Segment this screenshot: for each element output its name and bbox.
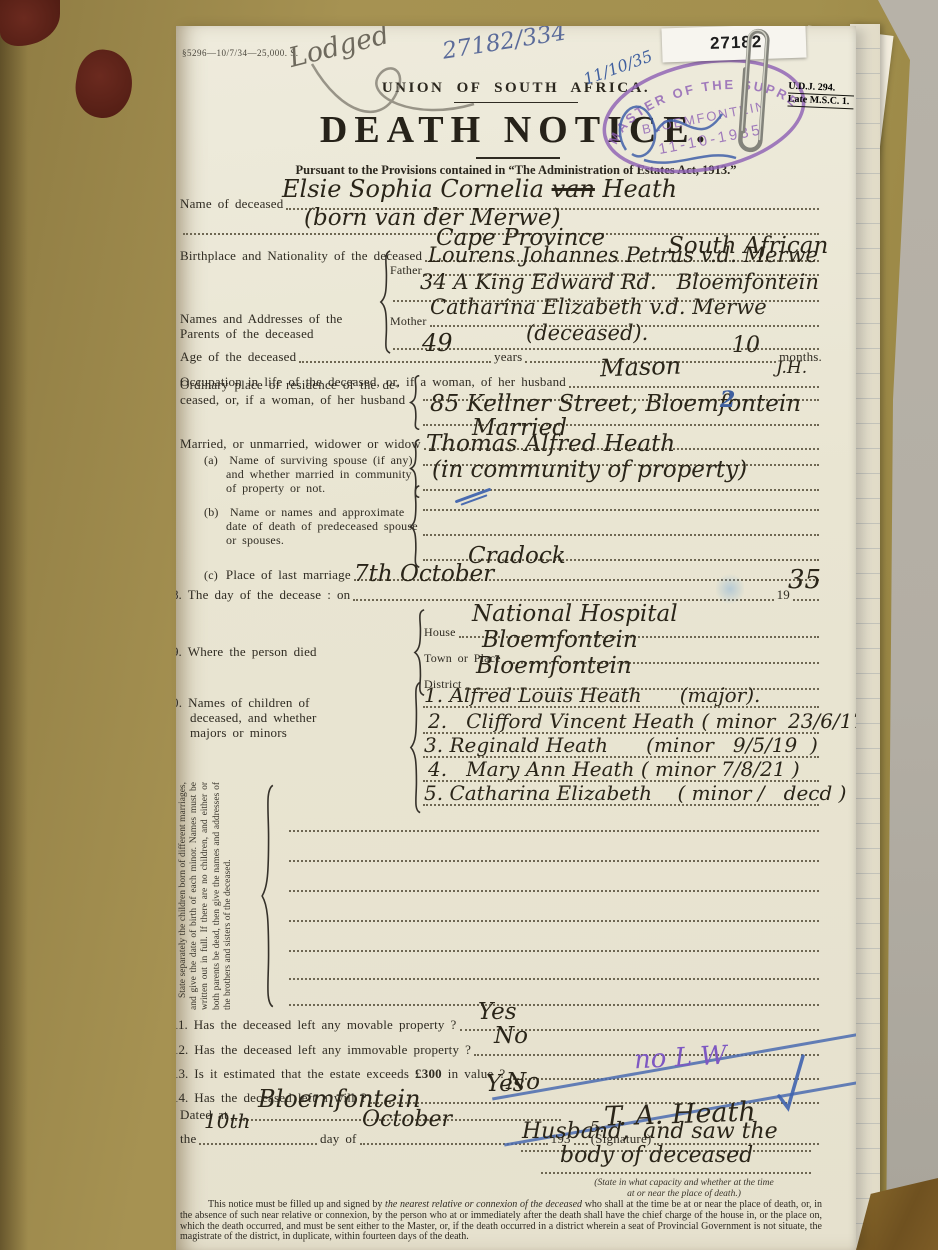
blank-row: [286, 866, 822, 894]
dotted-line: [199, 1140, 317, 1145]
brace: [379, 250, 392, 354]
house-label: House: [424, 626, 456, 640]
father-label: Father: [390, 264, 422, 278]
item-letter: (b): [204, 505, 219, 519]
will-value: Yes: [486, 1074, 525, 1096]
month-value: October: [362, 1110, 452, 1131]
spouse-label-line2: and whether married in community: [204, 468, 404, 482]
reference-block: U.D.J. 294. Late M.S.C. 1.: [787, 81, 854, 110]
field-children-label: 0. Names of children of deceased, and wh…: [176, 696, 396, 741]
field-parents-label: Names and Addresses of the Parents of th…: [180, 312, 343, 342]
dotted-line: [289, 857, 819, 862]
form-print-code: §5296—10/7/34—25,000. S.: [182, 48, 299, 58]
age-label: Age of the deceased: [180, 350, 296, 365]
mother-note-value: (deceased).: [526, 324, 648, 344]
dotted-line: [289, 827, 819, 832]
children-label-line2: deceased, and whether: [176, 711, 396, 726]
children-label-line3: majors or minors: [176, 726, 396, 741]
title-rule: [476, 157, 560, 159]
occupation-value: Mason: [600, 355, 682, 381]
item-number: 8.: [176, 587, 182, 603]
ink-smudge: [716, 572, 744, 606]
dotted-line: [289, 947, 819, 952]
child-value-2: 2. Clifford Vincent Heath ( minor 23/6/1…: [428, 712, 856, 731]
field-name-label: Name of deceased: [180, 197, 283, 212]
footer-italic: the nearest relative or connexion of the…: [385, 1199, 582, 1210]
age-years-value: 49: [422, 332, 453, 355]
field-predeceased-label: (b) Name or names and approximate date o…: [204, 506, 404, 547]
father-address-value: 34 A King Edward Rd. Bloemfontein: [420, 273, 819, 293]
field-residence-label: Ordinary place of residence of the de- c…: [180, 378, 405, 408]
spouse-label-line1: Name of surviving spouse (if any): [229, 453, 412, 467]
dotted-line: [289, 917, 819, 922]
residence-value: 85 Kellner Street, Bloemfontein: [430, 394, 801, 416]
dotted-line: [423, 506, 819, 511]
case-reference-annotation: 27182/334: [441, 26, 568, 63]
predeceased-label-line1: Name or names and approximate: [230, 505, 404, 519]
movable-value: Yes: [478, 1002, 517, 1024]
years-label: years: [494, 350, 522, 365]
movable-label: Has the deceased left any movable proper…: [194, 1018, 457, 1033]
child-value-3: 3. Reginald Heath (minor 9/5/19 ): [424, 736, 818, 755]
blank-row: [286, 954, 822, 982]
footer-part1: This notice must be filled up and signed…: [208, 1199, 385, 1210]
residence-overlay-mark: 2: [720, 390, 735, 411]
predeceased-row2: [420, 512, 822, 538]
book-spine-shadow: [0, 0, 28, 1250]
capacity-value1: Husband, and saw the: [522, 1122, 778, 1143]
marital-label: Married, or unmarried, widower or widow: [180, 437, 421, 452]
footer-instructions: This notice must be filled up and signed…: [180, 1200, 822, 1243]
brace: [260, 783, 275, 1009]
child-value-5: 5. Catharina Elizabeth ( minor / decd ): [424, 784, 846, 803]
pencil-scribble: [302, 54, 482, 134]
item-number: 11.: [176, 1017, 188, 1033]
name-part: Elsie Sophia Cornelia: [282, 175, 552, 203]
house-value: National Hospital: [472, 604, 678, 626]
dotted-line: [793, 596, 819, 601]
where-died-label: Where the person died: [188, 645, 317, 660]
item-letter: (a): [204, 453, 218, 467]
decease-day-label: The day of the decease : on: [188, 588, 351, 603]
blank-row: [286, 806, 822, 834]
day-value: 10th: [204, 1112, 250, 1131]
residence-label-line1: Ordinary place of residence of the de-: [180, 378, 405, 393]
death-notice-page: §5296—10/7/34—25,000. S. Lodged 27182/33…: [176, 26, 856, 1250]
brace: [409, 681, 422, 814]
dotted-line: [541, 1169, 811, 1174]
estate-amount: £300: [415, 1066, 442, 1081]
brace: [409, 375, 421, 430]
predeceased-label-line3: or spouses.: [204, 534, 404, 548]
spouse-label-line3: of property or not.: [204, 482, 404, 496]
spouse-community-value: (in community of property): [432, 460, 747, 482]
the-label: the: [180, 1132, 196, 1147]
blank-row: [286, 896, 822, 924]
side-note-text: State separately the children born of di…: [178, 782, 264, 1010]
town-value: Bloemfontein: [482, 630, 638, 652]
capacity-note-line1: (State in what capacity and whether at t…: [548, 1178, 820, 1189]
predeceased-label-line2: date of death of predeceased spouse: [204, 520, 404, 534]
child-value-1: 1. Alfred Louis Heath (major).: [424, 686, 760, 705]
children-label-line1: Names of children of: [188, 695, 310, 710]
brace: [409, 485, 421, 568]
day-of-label: day of: [320, 1132, 357, 1147]
blank-row: [286, 980, 822, 1008]
father-name-value: Lourens Johannes Petrus v.d. Merwe: [428, 246, 818, 266]
age-months-value: 10: [732, 336, 760, 357]
blank-row: [286, 836, 822, 864]
dotted-line: [423, 531, 819, 536]
mother-name-value: Catharina Elizabeth v.d. Merwe: [430, 298, 767, 318]
district-value: Bloemfontein: [476, 656, 632, 678]
check-mark: [774, 1052, 808, 1114]
item-number: 0.: [176, 695, 182, 710]
capacity-value2: body of deceased: [560, 1146, 753, 1167]
estate-margin-note: no L W: [633, 1044, 727, 1074]
side-note: State separately the children born of di…: [178, 782, 266, 1010]
item-number: 9.: [176, 644, 182, 660]
blank-row: [286, 926, 822, 954]
parents-label-line1: Names and Addresses of the: [180, 312, 343, 327]
dotted-line: [299, 358, 491, 363]
decease-year-value: 35: [788, 568, 821, 593]
field-spouse-label: (a) Name of surviving spouse (if any) an…: [204, 454, 404, 495]
child-value-4: 4. Mary Ann Heath ( minor 7/8/21 ): [428, 760, 800, 779]
field-where-died-label-row: 9. Where the person died: [176, 642, 406, 660]
dotted-line: [289, 887, 819, 892]
estate-label-pre: Is it estimated that the estate exceeds: [194, 1066, 415, 1081]
field-age-row: Age of the deceased years months.: [180, 339, 822, 365]
residence-label-line2: ceased, or, if a woman, of her husband: [180, 393, 405, 408]
spouse-name-value: Thomas Alfred Heath: [426, 434, 675, 456]
marginal-initials: J.H.: [776, 360, 807, 376]
dotted-line: [289, 1001, 819, 1006]
decease-day-value: 7th October: [354, 564, 494, 586]
